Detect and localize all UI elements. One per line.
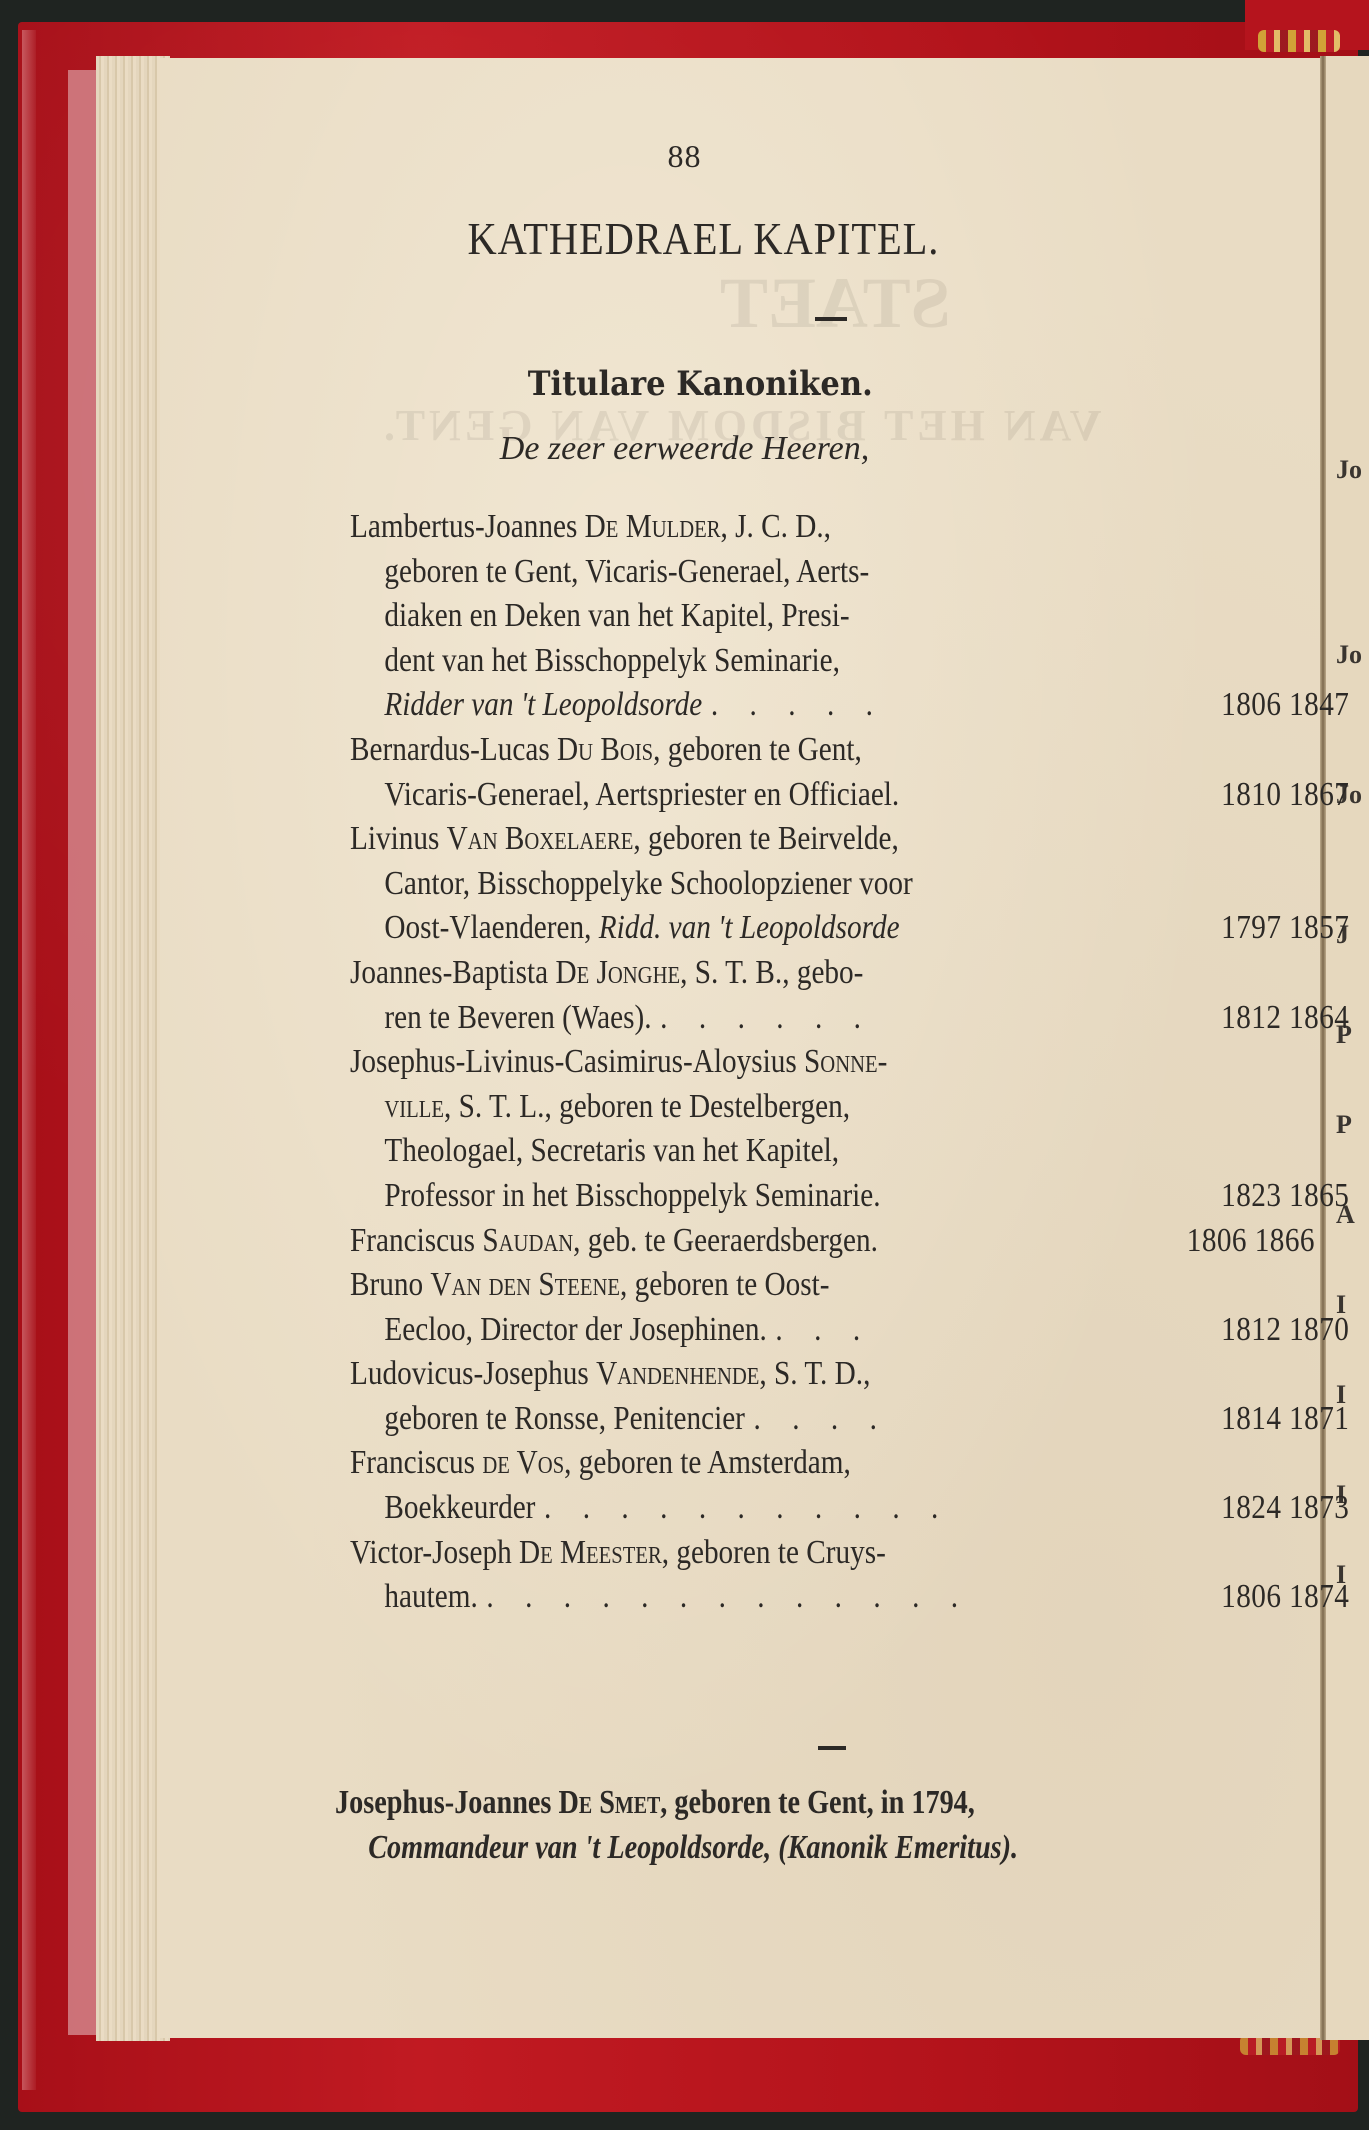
surname: Van Boxelaere bbox=[447, 820, 634, 857]
entry-text: Joannes-Baptista De Jonghe, S. T. B., ge… bbox=[350, 951, 863, 996]
entry-line: hautem.. . . . . . . . . . . . .1806 187… bbox=[350, 1575, 1349, 1620]
entry-text: Cantor, Bisschoppelyke Schoolopziener vo… bbox=[384, 862, 912, 907]
title-separator bbox=[815, 317, 847, 321]
entry-text: geboren te Gent, Vicaris-Generael, Aerts… bbox=[384, 550, 869, 595]
entry-line: Franciscus Saudan, geb. te Geeraerdsberg… bbox=[350, 1219, 1315, 1264]
dot-leader: . . . bbox=[767, 1308, 1213, 1353]
entry-text: Oost-Vlaenderen, Ridd. van 't Leopoldsor… bbox=[384, 906, 899, 951]
entry-text: geboren te Ronsse, Penitencier bbox=[384, 1397, 745, 1442]
entry-years: 1812 1864 bbox=[1213, 996, 1350, 1041]
text-run: diaken en Deken van het Kapitel, Presi- bbox=[384, 597, 849, 634]
text-run: Lambertus-Joannes bbox=[350, 508, 585, 545]
entry-text: Josephus-Livinus-Casimirus-Aloysius Sonn… bbox=[350, 1040, 887, 1085]
canon-entry: Lambertus-Joannes De Mulder, J. C. D.,ge… bbox=[350, 505, 1315, 728]
entry-line: Eecloo, Director der Josephinen.. . .181… bbox=[350, 1308, 1349, 1353]
canon-entry: Bernardus-Lucas Du Bois, geboren te Gent… bbox=[350, 728, 1315, 817]
text-run: Oost-Vlaenderen, bbox=[384, 909, 598, 946]
text-run: , geboren te Oost- bbox=[620, 1266, 830, 1303]
text-run: Victor-Joseph bbox=[350, 1534, 519, 1571]
surname: Sonne- bbox=[804, 1043, 887, 1080]
entry-line: Professor in het Bisschoppelyk Seminarie… bbox=[350, 1174, 1349, 1219]
entry-line: Ludovicus-Josephus Vandenhende, S. T. D.… bbox=[350, 1352, 1315, 1397]
surname: De Jonghe bbox=[555, 954, 680, 991]
entry-line: ren te Beveren (Waes).. . . . . .1812 18… bbox=[350, 996, 1349, 1041]
entry-text: Boekkeurder bbox=[384, 1486, 535, 1531]
entry-years: 1797 1857 bbox=[1213, 906, 1350, 951]
entry-text: ren te Beveren (Waes). bbox=[384, 996, 651, 1041]
entry-line: Josephus-Livinus-Casimirus-Aloysius Sonn… bbox=[350, 1040, 1315, 1085]
entry-text: dent van het Bisschoppelyk Seminarie, bbox=[384, 639, 840, 684]
entry-line: Cantor, Bisschoppelyke Schoolopziener vo… bbox=[350, 862, 1349, 907]
entry-text: Victor-Joseph De Meester, geboren te Cru… bbox=[350, 1531, 886, 1576]
emeritus-surname: De Smet bbox=[558, 1784, 660, 1821]
dot-leader: . . . . . . . . . . . . . bbox=[478, 1575, 1213, 1620]
canon-entry: Josephus-Livinus-Casimirus-Aloysius Sonn… bbox=[350, 1040, 1315, 1218]
entry-text: Ridder van 't Leopoldsorde bbox=[384, 683, 702, 728]
entry-years: 1806 1866 bbox=[1178, 1219, 1315, 1264]
entry-text: Livinus Van Boxelaere, geboren te Beirve… bbox=[350, 817, 899, 862]
entry-line: Oost-Vlaenderen, Ridd. van 't Leopoldsor… bbox=[350, 906, 1349, 951]
text-run: hautem. bbox=[384, 1578, 477, 1615]
entry-text: Professor in het Bisschoppelyk Seminarie… bbox=[384, 1174, 880, 1219]
dot-leader: . . . . . . bbox=[652, 996, 1213, 1041]
surname: Saudan bbox=[482, 1222, 573, 1259]
text-run: , geboren te Gent, bbox=[653, 731, 862, 768]
text-run: geboren te Gent, Vicaris-Generael, Aerts… bbox=[384, 553, 869, 590]
entry-text: ville, S. T. L., geboren te Destelbergen… bbox=[384, 1085, 850, 1130]
section-title: Titulare Kanoniken. bbox=[84, 364, 1316, 404]
text-run: Joannes-Baptista bbox=[350, 954, 555, 991]
text-run: geboren te Ronsse, Penitencier bbox=[384, 1400, 745, 1437]
text-run: Bernardus-Lucas bbox=[350, 731, 557, 768]
entry-text: Ludovicus-Josephus Vandenhende, S. T. D.… bbox=[350, 1352, 870, 1397]
entry-years: 1824 1873 bbox=[1213, 1486, 1350, 1531]
entry-line: Franciscus de Vos, geboren te Amsterdam, bbox=[350, 1441, 1315, 1486]
entry-text: Franciscus Saudan, geb. te Geeraerdsberg… bbox=[350, 1219, 878, 1264]
entry-text: diaken en Deken van het Kapitel, Presi- bbox=[384, 594, 849, 639]
text-run: , S. T. B., gebo- bbox=[680, 954, 863, 991]
text-run: dent van het Bisschoppelyk Seminarie, bbox=[384, 642, 840, 679]
text-run: Eecloo, Director der Josephinen. bbox=[384, 1311, 766, 1348]
text-run: Theologael, Secretaris van het Kapitel, bbox=[384, 1132, 839, 1169]
entry-line: Livinus Van Boxelaere, geboren te Beirve… bbox=[350, 817, 1315, 862]
entry-line: geboren te Ronsse, Penitencier. . . .181… bbox=[350, 1397, 1349, 1442]
entry-line: ville, S. T. L., geboren te Destelbergen… bbox=[350, 1085, 1349, 1130]
text-run: Bruno bbox=[350, 1266, 430, 1303]
honorific: Ridder van 't Leopoldsorde bbox=[384, 686, 702, 723]
entry-line: Joannes-Baptista De Jonghe, S. T. B., ge… bbox=[350, 951, 1315, 996]
text-run: Josephus-Livinus-Casimirus-Aloysius bbox=[350, 1043, 804, 1080]
entry-line: dent van het Bisschoppelyk Seminarie, bbox=[350, 639, 1349, 684]
text-run: Livinus bbox=[350, 820, 447, 857]
entry-line: Victor-Joseph De Meester, geboren te Cru… bbox=[350, 1531, 1315, 1576]
canon-entry: Victor-Joseph De Meester, geboren te Cru… bbox=[350, 1531, 1315, 1620]
canon-entry: Joannes-Baptista De Jonghe, S. T. B., ge… bbox=[350, 951, 1315, 1040]
surname: de Vos bbox=[482, 1444, 564, 1481]
entry-line: Bernardus-Lucas Du Bois, geboren te Gent… bbox=[350, 728, 1315, 773]
canon-entry: Ludovicus-Josephus Vandenhende, S. T. D.… bbox=[350, 1352, 1315, 1441]
text-run: , J. C. D., bbox=[720, 508, 830, 545]
surname: De Meester bbox=[519, 1534, 662, 1571]
text-run: , S. T. L., geboren te Destelbergen, bbox=[444, 1088, 850, 1125]
surname: Van den Steene bbox=[430, 1266, 620, 1303]
canon-list: Lambertus-Joannes De Mulder, J. C. D.,ge… bbox=[350, 505, 1315, 1620]
entry-text: Bernardus-Lucas Du Bois, geboren te Gent… bbox=[350, 728, 862, 773]
canon-entry: Bruno Van den Steene, geboren te Oost-Ee… bbox=[350, 1263, 1315, 1352]
surname: Vandenhende bbox=[596, 1355, 759, 1392]
surname: ville bbox=[384, 1088, 444, 1125]
canon-entry: Livinus Van Boxelaere, geboren te Beirve… bbox=[350, 817, 1315, 951]
entry-line: diaken en Deken van het Kapitel, Presi- bbox=[350, 594, 1349, 639]
entry-line: Ridder van 't Leopoldsorde. . . . .1806 … bbox=[350, 683, 1349, 728]
canon-entry: Franciscus Saudan, geb. te Geeraerdsberg… bbox=[350, 1219, 1315, 1264]
text-run: , geboren te Cruys- bbox=[662, 1534, 886, 1571]
entry-line: Vicaris-Generael, Aertspriester en Offic… bbox=[350, 773, 1349, 818]
entry-years: 1806 1847 bbox=[1213, 683, 1350, 728]
emeritus-line-1: Josephus-Joannes De Smet, geboren te Gen… bbox=[335, 1780, 1331, 1825]
emeritus-given-names: Josephus-Joannes bbox=[335, 1784, 558, 1821]
entry-text: Bruno Van den Steene, geboren te Oost- bbox=[350, 1263, 829, 1308]
entry-text: Theologael, Secretaris van het Kapitel, bbox=[384, 1129, 839, 1174]
text-run: , S. T. D., bbox=[759, 1355, 870, 1392]
text-run: , geboren te Amsterdam, bbox=[564, 1444, 851, 1481]
cover-edge-highlight bbox=[22, 30, 36, 2090]
page-title: KATHEDRAEL KAPITEL. bbox=[101, 212, 1306, 265]
text-run: Ludovicus-Josephus bbox=[350, 1355, 596, 1392]
entry-years: 1814 1871 bbox=[1213, 1397, 1350, 1442]
dot-leader: . . . . bbox=[745, 1397, 1213, 1442]
entry-years: 1810 1867 bbox=[1213, 773, 1350, 818]
emeritus-line-2: Commandeur van 't Leopoldsorde, (Kanonik… bbox=[335, 1825, 1331, 1870]
text-run: , geboren te Beirvelde, bbox=[633, 820, 898, 857]
page-stack-edge bbox=[96, 56, 170, 2041]
page-number: 88 bbox=[0, 138, 1369, 175]
facing-page-edge: JoJoJoJPPAIIII bbox=[1326, 56, 1369, 2040]
text-run: Cantor, Bisschoppelyke Schoolopziener vo… bbox=[384, 865, 912, 902]
text-run: Franciscus bbox=[350, 1222, 482, 1259]
entry-years: 1806 1874 bbox=[1213, 1575, 1350, 1620]
surname: Du Bois bbox=[557, 731, 653, 768]
text-run: , geb. te Geeraerdsbergen. bbox=[573, 1222, 878, 1259]
entry-years: 1812 1870 bbox=[1213, 1308, 1350, 1353]
text-run: Vicaris-Generael, Aertspriester en Offic… bbox=[384, 776, 899, 813]
honorific: Ridd. van 't Leopoldsorde bbox=[599, 909, 900, 946]
entry-text: Lambertus-Joannes De Mulder, J. C. D., bbox=[350, 505, 831, 550]
canon-entry: Franciscus de Vos, geboren te Amsterdam,… bbox=[350, 1441, 1315, 1530]
salutation: De zeer eerweerde Heeren, bbox=[0, 430, 1369, 468]
show-through-text: STAET bbox=[720, 262, 951, 345]
entry-line: Theologael, Secretaris van het Kapitel, bbox=[350, 1129, 1349, 1174]
surname: De Mulder bbox=[585, 508, 721, 545]
text-run: ren te Beveren (Waes). bbox=[384, 999, 651, 1036]
text-run: Professor in het Bisschoppelyk Seminarie… bbox=[384, 1177, 880, 1214]
entry-line: Lambertus-Joannes De Mulder, J. C. D., bbox=[350, 505, 1315, 550]
entry-text: hautem. bbox=[384, 1575, 477, 1620]
entry-line: Boekkeurder. . . . . . . . . . .1824 187… bbox=[350, 1486, 1349, 1531]
list-separator bbox=[818, 1746, 846, 1750]
headband-ornament bbox=[1258, 30, 1340, 52]
entry-text: Eecloo, Director der Josephinen. bbox=[384, 1308, 766, 1353]
dot-leader: . . . . . bbox=[702, 683, 1212, 728]
emeritus-details: , geboren te Gent, in 1794, bbox=[660, 1784, 975, 1821]
emeritus-entry: Josephus-Joannes De Smet, geboren te Gen… bbox=[335, 1780, 1331, 1870]
entry-line: Bruno Van den Steene, geboren te Oost- bbox=[350, 1263, 1315, 1308]
dot-leader: . . . . . . . . . . . bbox=[535, 1486, 1212, 1531]
text-run: Boekkeurder bbox=[384, 1489, 535, 1526]
entry-line: geboren te Gent, Vicaris-Generael, Aerts… bbox=[350, 550, 1349, 595]
entry-text: Franciscus de Vos, geboren te Amsterdam, bbox=[350, 1441, 851, 1486]
entry-text: Vicaris-Generael, Aertspriester en Offic… bbox=[384, 773, 899, 818]
entry-years: 1823 1865 bbox=[1213, 1174, 1350, 1219]
text-run: Franciscus bbox=[350, 1444, 482, 1481]
